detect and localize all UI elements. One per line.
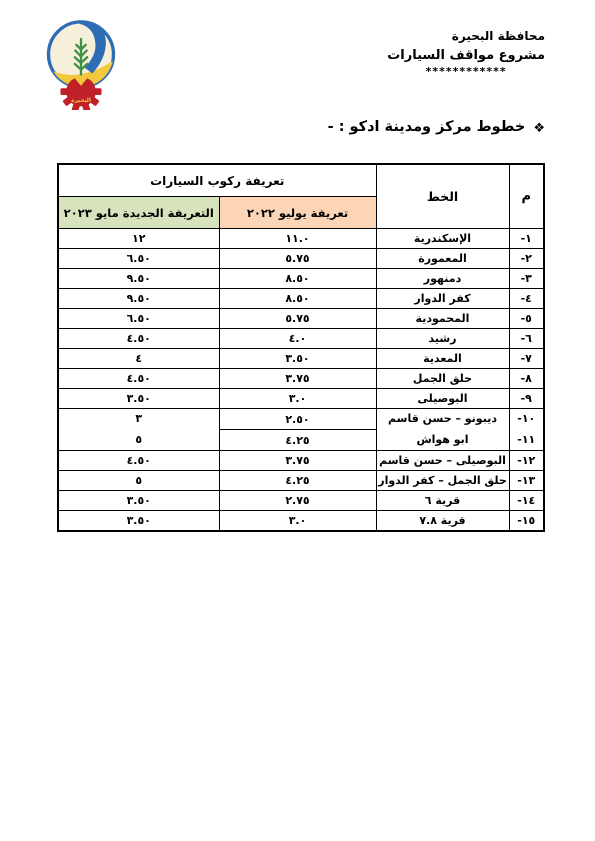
col-header-new-may-2023: التعريفة الجديدة مايو ٢٠٢٣: [58, 197, 219, 229]
july-fare-cell: ٨.٥٠: [219, 289, 376, 309]
row-number-cell: ٨-: [509, 369, 544, 389]
new-fare-cell: ٤.٥٠: [58, 451, 219, 471]
new-fare-cell: ٤.٥٠: [58, 369, 219, 389]
line-name-cell: المحمودية: [376, 309, 509, 329]
table-row: ١٤- قرية ٦ ٢.٧٥ ٣.٥٠: [58, 491, 544, 511]
fares-table: م الخط تعريفة ركوب السيارات تعريفة يوليو…: [57, 163, 545, 532]
document-page: البحيرة محافظة البحيرة مشروع مواقف السيا…: [0, 0, 595, 841]
line-name-cell: قرية ٦: [376, 491, 509, 511]
july-fare-cell: ٣.٧٥: [219, 451, 376, 471]
july-fare-cell: ٣.٧٥: [219, 369, 376, 389]
new-fare-cell: ٦.٥٠: [58, 309, 219, 329]
table-row: ٨- حلق الجمل ٣.٧٥ ٤.٥٠: [58, 369, 544, 389]
table-row: ١٥- قرية ٧.٨ ٣.٠ ٣.٥٠: [58, 511, 544, 532]
july-fare-cell: ٥.٧٥: [219, 249, 376, 269]
col-header-number: م: [509, 164, 544, 229]
july-fare-cell: ٢.٥٠: [219, 409, 376, 430]
line-name-cell: الإسكندرية: [376, 229, 509, 249]
diamond-bullet-icon: ❖: [533, 121, 545, 136]
table-row: ١٣- حلق الجمل – كفر الدوار ٤.٢٥ ٥: [58, 471, 544, 491]
july-fare-cell: ٥.٧٥: [219, 309, 376, 329]
july-fare-cell: ١١.٠: [219, 229, 376, 249]
table-row: ٩- البوصيلى ٣.٠ ٣.٥٠: [58, 389, 544, 409]
row-number-cell: ٢-: [509, 249, 544, 269]
col-header-fare-group: تعريفة ركوب السيارات: [58, 164, 376, 197]
new-fare-cell: ٤: [58, 349, 219, 369]
july-fare-cell: ٣.٥٠: [219, 349, 376, 369]
line-name-cell: البوصيلى: [376, 389, 509, 409]
table-row: ٥- المحمودية ٥.٧٥ ٦.٥٠: [58, 309, 544, 329]
july-fare-cell: ٤.٢٥: [219, 471, 376, 491]
row-number-cell: ١-: [509, 229, 544, 249]
new-fare-cell: ٣.٥٠: [58, 389, 219, 409]
new-fare-cell: ١٢: [58, 229, 219, 249]
line-name-cell: حلق الجمل – كفر الدوار: [376, 471, 509, 491]
row-number-cell: ٤-: [509, 289, 544, 309]
line-name-cell: قرية ٧.٨: [376, 511, 509, 532]
row-number-cell: ٥-: [509, 309, 544, 329]
july-fare-cell: ٢.٧٥: [219, 491, 376, 511]
section-title: ❖ خطوط مركز ومدينة ادكو : -: [328, 119, 545, 135]
line-name-cell: المعدية: [376, 349, 509, 369]
table-row: ١٠- ١١- ديبونو – حسن قاسم ابو هواش ٢.٥٠ …: [58, 409, 544, 430]
table-row: ١٢- البوصيلى – حسن قاسم ٣.٧٥ ٤.٥٠: [58, 451, 544, 471]
separator-asterisks: ************: [387, 67, 545, 77]
governorate-logo: البحيرة: [38, 14, 124, 110]
line-name-cell: البوصيلى – حسن قاسم: [376, 451, 509, 471]
table-row: ٧- المعدية ٣.٥٠ ٤: [58, 349, 544, 369]
org-name: محافظة البحيرة: [387, 27, 545, 45]
row-number-cell: ٣-: [509, 269, 544, 289]
new-fare-cell: ٩.٥٠: [58, 289, 219, 309]
new-fare-cell: ٦.٥٠: [58, 249, 219, 269]
line-name-line: ديبونو – حسن قاسم: [377, 409, 509, 430]
july-fare-cell: ٣.٠: [219, 389, 376, 409]
row-number-line: ١١-: [510, 430, 544, 451]
july-fare-cell: ٨.٥٠: [219, 269, 376, 289]
table-row: ٢- المعمورة ٥.٧٥ ٦.٥٠: [58, 249, 544, 269]
table-row: ٦- رشيد ٤.٠ ٤.٥٠: [58, 329, 544, 349]
col-header-line: الخط: [376, 164, 509, 229]
new-fare-line: ٣: [59, 409, 219, 430]
row-number-cell: ١٠- ١١-: [509, 409, 544, 451]
row-number-cell: ١٣-: [509, 471, 544, 491]
new-fare-cell: ٥: [58, 471, 219, 491]
july-fare-cell: ٣.٠: [219, 511, 376, 532]
new-fare-cell: ٩.٥٠: [58, 269, 219, 289]
line-name-cell: المعمورة: [376, 249, 509, 269]
line-name-cell: كفر الدوار: [376, 289, 509, 309]
new-fare-cell: ٣.٥٠: [58, 491, 219, 511]
new-fare-cell: ٤.٥٠: [58, 329, 219, 349]
org-department: مشروع مواقف السيارات: [387, 45, 545, 67]
row-number-cell: ٩-: [509, 389, 544, 409]
logo-text: البحيرة: [71, 98, 91, 104]
line-name-line: ابو هواش: [377, 430, 509, 451]
new-fare-line: ٥: [59, 430, 219, 451]
col-header-july-2022: تعريفة يوليو ٢٠٢٢: [219, 197, 376, 229]
table-row: ٤- كفر الدوار ٨.٥٠ ٩.٥٠: [58, 289, 544, 309]
table-row: ٣- دمنهور ٨.٥٠ ٩.٥٠: [58, 269, 544, 289]
line-name-cell: ديبونو – حسن قاسم ابو هواش: [376, 409, 509, 451]
new-fare-cell: ٣ ٥: [58, 409, 219, 451]
july-fare-cell: ٤.٠: [219, 329, 376, 349]
row-number-cell: ١٢-: [509, 451, 544, 471]
row-number-line: ١٠-: [510, 409, 544, 430]
new-fare-cell: ٣.٥٠: [58, 511, 219, 532]
row-number-cell: ٧-: [509, 349, 544, 369]
line-name-cell: حلق الجمل: [376, 369, 509, 389]
row-number-cell: ١٤-: [509, 491, 544, 511]
row-number-cell: ١٥-: [509, 511, 544, 532]
fares-table-container: م الخط تعريفة ركوب السيارات تعريفة يوليو…: [57, 163, 545, 532]
line-name-cell: رشيد: [376, 329, 509, 349]
header-row-group: م الخط تعريفة ركوب السيارات: [58, 164, 544, 197]
org-header: محافظة البحيرة مشروع مواقف السيارات ****…: [387, 27, 545, 77]
line-name-cell: دمنهور: [376, 269, 509, 289]
governorate-logo-icon: البحيرة: [38, 14, 124, 110]
section-title-text: خطوط مركز ومدينة ادكو : -: [328, 119, 526, 135]
table-row: ١- الإسكندرية ١١.٠ ١٢: [58, 229, 544, 249]
row-number-cell: ٦-: [509, 329, 544, 349]
july-fare-cell: ٤.٢٥: [219, 430, 376, 451]
